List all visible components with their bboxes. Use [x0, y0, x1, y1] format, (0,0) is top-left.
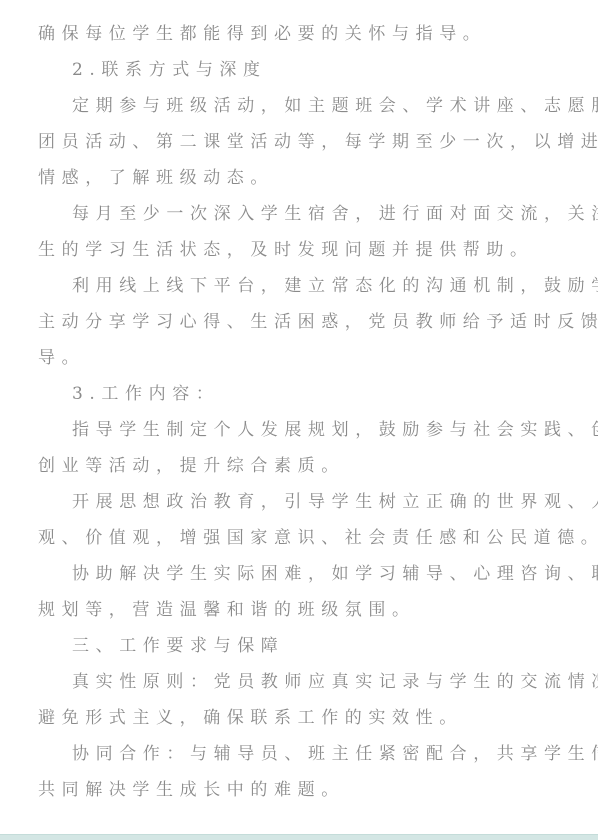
paragraph-line: 主动分享学习心得、生活困惑，党员教师给予适时反馈与指 [38, 312, 518, 332]
paragraph-line: 协同合作：与辅导员、班主任紧密配合，共享学生信息， [72, 744, 552, 764]
page-bottom-border [0, 834, 598, 840]
section-heading: 2.联系方式与深度 [72, 60, 552, 80]
paragraph-line: 情感，了解班级动态。 [38, 168, 518, 188]
section-heading: 3.工作内容： [72, 384, 552, 404]
paragraph-line: 真实性原则：党员教师应真实记录与学生的交流情况， [72, 672, 552, 692]
section-heading: 三、工作要求与保障 [72, 636, 552, 656]
paragraph-line: 规划等，营造温馨和谐的班级氛围。 [38, 600, 518, 620]
paragraph-line: 定期参与班级活动，如主题班会、学术讲座、志愿服务、 [72, 96, 552, 116]
paragraph-line: 利用线上线下平台，建立常态化的沟通机制，鼓励学生 [72, 276, 552, 296]
paragraph-line: 导。 [38, 348, 518, 368]
paragraph-line: 生的学习生活状态，及时发现问题并提供帮助。 [38, 240, 518, 260]
paragraph-line: 团员活动、第二课堂活动等，每学期至少一次，以增进师生 [38, 132, 518, 152]
document-page: 确保每位学生都能得到必要的关怀与指导。 2.联系方式与深度 定期参与班级活动，如… [0, 0, 598, 834]
paragraph-line: 协助解决学生实际困难，如学习辅导、心理咨询、职业 [72, 564, 552, 584]
paragraph-line: 避免形式主义，确保联系工作的实效性。 [38, 708, 518, 728]
paragraph-line: 每月至少一次深入学生宿舍，进行面对面交流，关注学 [72, 204, 552, 224]
paragraph-line: 开展思想政治教育，引导学生树立正确的世界观、人生 [72, 492, 552, 512]
paragraph-line: 创业等活动，提升综合素质。 [38, 456, 518, 476]
paragraph-line: 指导学生制定个人发展规划，鼓励参与社会实践、创新 [72, 420, 552, 440]
paragraph-line: 共同解决学生成长中的难题。 [38, 780, 518, 800]
paragraph-line: 确保每位学生都能得到必要的关怀与指导。 [38, 24, 518, 44]
paragraph-line: 观、价值观，增强国家意识、社会责任感和公民道德。 [38, 528, 518, 548]
